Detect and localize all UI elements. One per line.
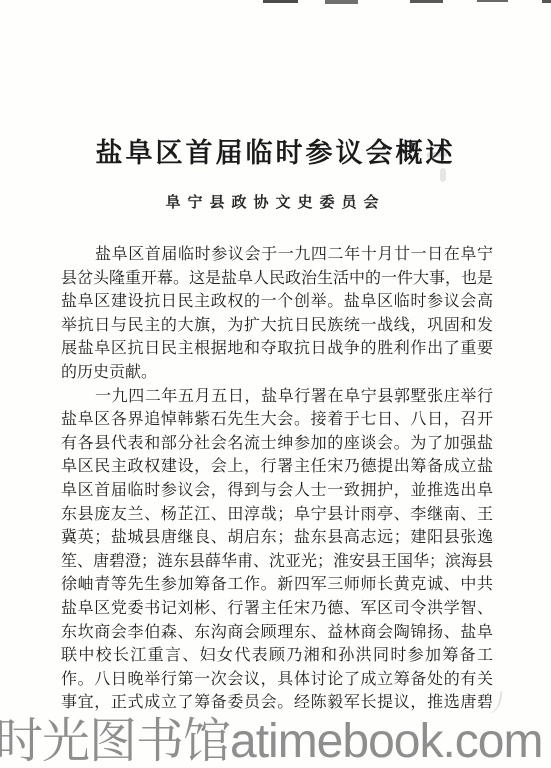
scan-artifact-dash — [325, 0, 358, 4]
scan-artifact-dash — [542, 0, 551, 3]
text-line: 联中校长江重言、妇女代表顾乃湘和孙洪同时参加筹备工 — [61, 644, 493, 668]
text-line: 有各县代表和部分社会名流士绅参加的座谈会。为了加强盐 — [61, 432, 493, 456]
scan-artifact-dash — [410, 0, 443, 3]
text-line: 作。八日晚举行第一次会议，具体讨论了成立筹备处的有关 — [61, 668, 493, 692]
text-line: 笙、唐碧澄；涟东县薛华甫、沈亚光；淮安县王国华；滨海县 — [61, 550, 493, 574]
text-line: 展盐阜区抗日民主根据地和夺取抗日战争的胜利作出了重要 — [61, 337, 493, 361]
text-line: 盐阜区建设抗日民主政权的一个创举。盐阜区临时参议会高 — [61, 290, 493, 314]
text-line: 东县庞友兰、杨芷江、田淳哉；阜宁县计雨亭、李继南、王 — [61, 503, 493, 527]
text-line: 冀英；盐城县唐继良、胡启东；盐东县高志远；建阳县张逸 — [61, 526, 493, 550]
text-line: 盐阜区党委书记刘彬、行署主任宋乃德、军区司令洪学智、 — [61, 597, 493, 621]
text-line: 东坎商会李伯森、东沟商会顾理东、益林商会陶锦扬、盐阜 — [61, 621, 493, 645]
text-line: 盐阜区各界追悼韩紫石先生大会。接着于七日、八日，召开 — [61, 408, 493, 432]
watermark: 时光图书馆atimebook.com — [0, 702, 542, 768]
text-line: 阜区首届临时参议会，得到与会人士一致拥护，並推选出阜 — [61, 479, 493, 503]
text-line: 盐阜区首届临时参议会于一九四二年十月廿一日在阜宁 — [61, 243, 493, 267]
page-title: 盐阜区首届临时参议会概述 — [0, 131, 551, 170]
text-line: 县岔头隆重开幕。这是盐阜人民政治生活中的一件大事，也是 — [61, 267, 493, 291]
body-text: 盐阜区首届临时参议会于一九四二年十月廿一日在阜宁 县岔头隆重开幕。这是盐阜人民政… — [61, 243, 493, 715]
byline: 阜宁县政协文史委员会 — [0, 191, 551, 212]
scan-artifact-dash — [477, 0, 508, 2]
scan-artifact-speck — [440, 168, 446, 182]
text-line: 阜区民主政权建设，会上，行署主任宋乃德提出筹备成立盐 — [61, 455, 493, 479]
text-line: 的历史贡献。 — [61, 361, 493, 385]
scanned-book-page: 盐阜区首届临时参议会概述 阜宁县政协文史委员会 盐阜区首届临时参议会于一九四二年… — [0, 0, 551, 768]
text-line: 徐岫青等先生参加筹备工作。新四军三师师长黄克诚、中共 — [61, 573, 493, 597]
scan-artifact-dash — [263, 0, 298, 3]
text-line: 一九四二年五月五日，盐阜行署在阜宁县郭墅张庄举行 — [61, 385, 493, 409]
text-line: 举抗日与民主的大旗，为扩大抗日民族统一战线，巩固和发 — [61, 314, 493, 338]
